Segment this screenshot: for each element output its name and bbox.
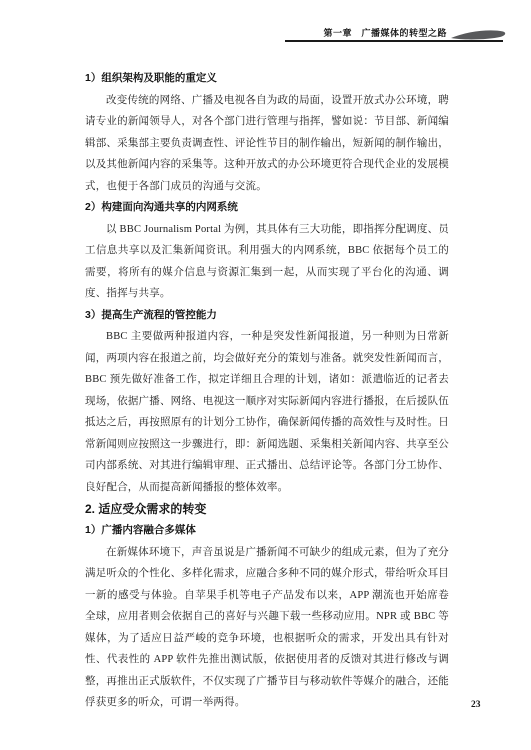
paragraph-2: 以 BBC Journalism Portal 为例，其具体有三大功能，即指挥分… [85,219,449,305]
header-rule [285,40,503,42]
book-page: 第一章 广播媒体的转型之路 1）组织架构及职能的重定义 改变传统的网络、广播及电… [0,0,531,750]
running-head-chapter-title: 第一章 广播媒体的转型之路 [323,26,447,39]
subsection-heading-2: 2）构建面向沟通共享的内网系统 [85,197,449,219]
page-number: 23 [471,700,481,710]
subsection-heading-4: 1）广播内容融合多媒体 [85,520,449,542]
paragraph-3: BBC 主要做两种报道内容，一种是突发性新闻报道，另一种则为日常新闻，两项内容在… [85,326,449,498]
paragraph-1: 改变传统的网络、广播及电视各自为政的局面，设置开放式办公环境，聘请专业的新闻领导… [85,90,449,198]
paragraph-4: 在新媒体环境下，声音虽说是广播新闻不可缺少的组成元素，但为了充分满足听众的个性化… [85,542,449,714]
subsection-heading-3: 3）提高生产流程的管控能力 [85,305,449,327]
subsection-heading-1: 1）组织架构及职能的重定义 [85,68,449,90]
section-heading: 2. 适应受众需求的转变 [85,498,449,520]
page-content: 1）组织架构及职能的重定义 改变传统的网络、广播及电视各自为政的局面，设置开放式… [85,68,449,714]
